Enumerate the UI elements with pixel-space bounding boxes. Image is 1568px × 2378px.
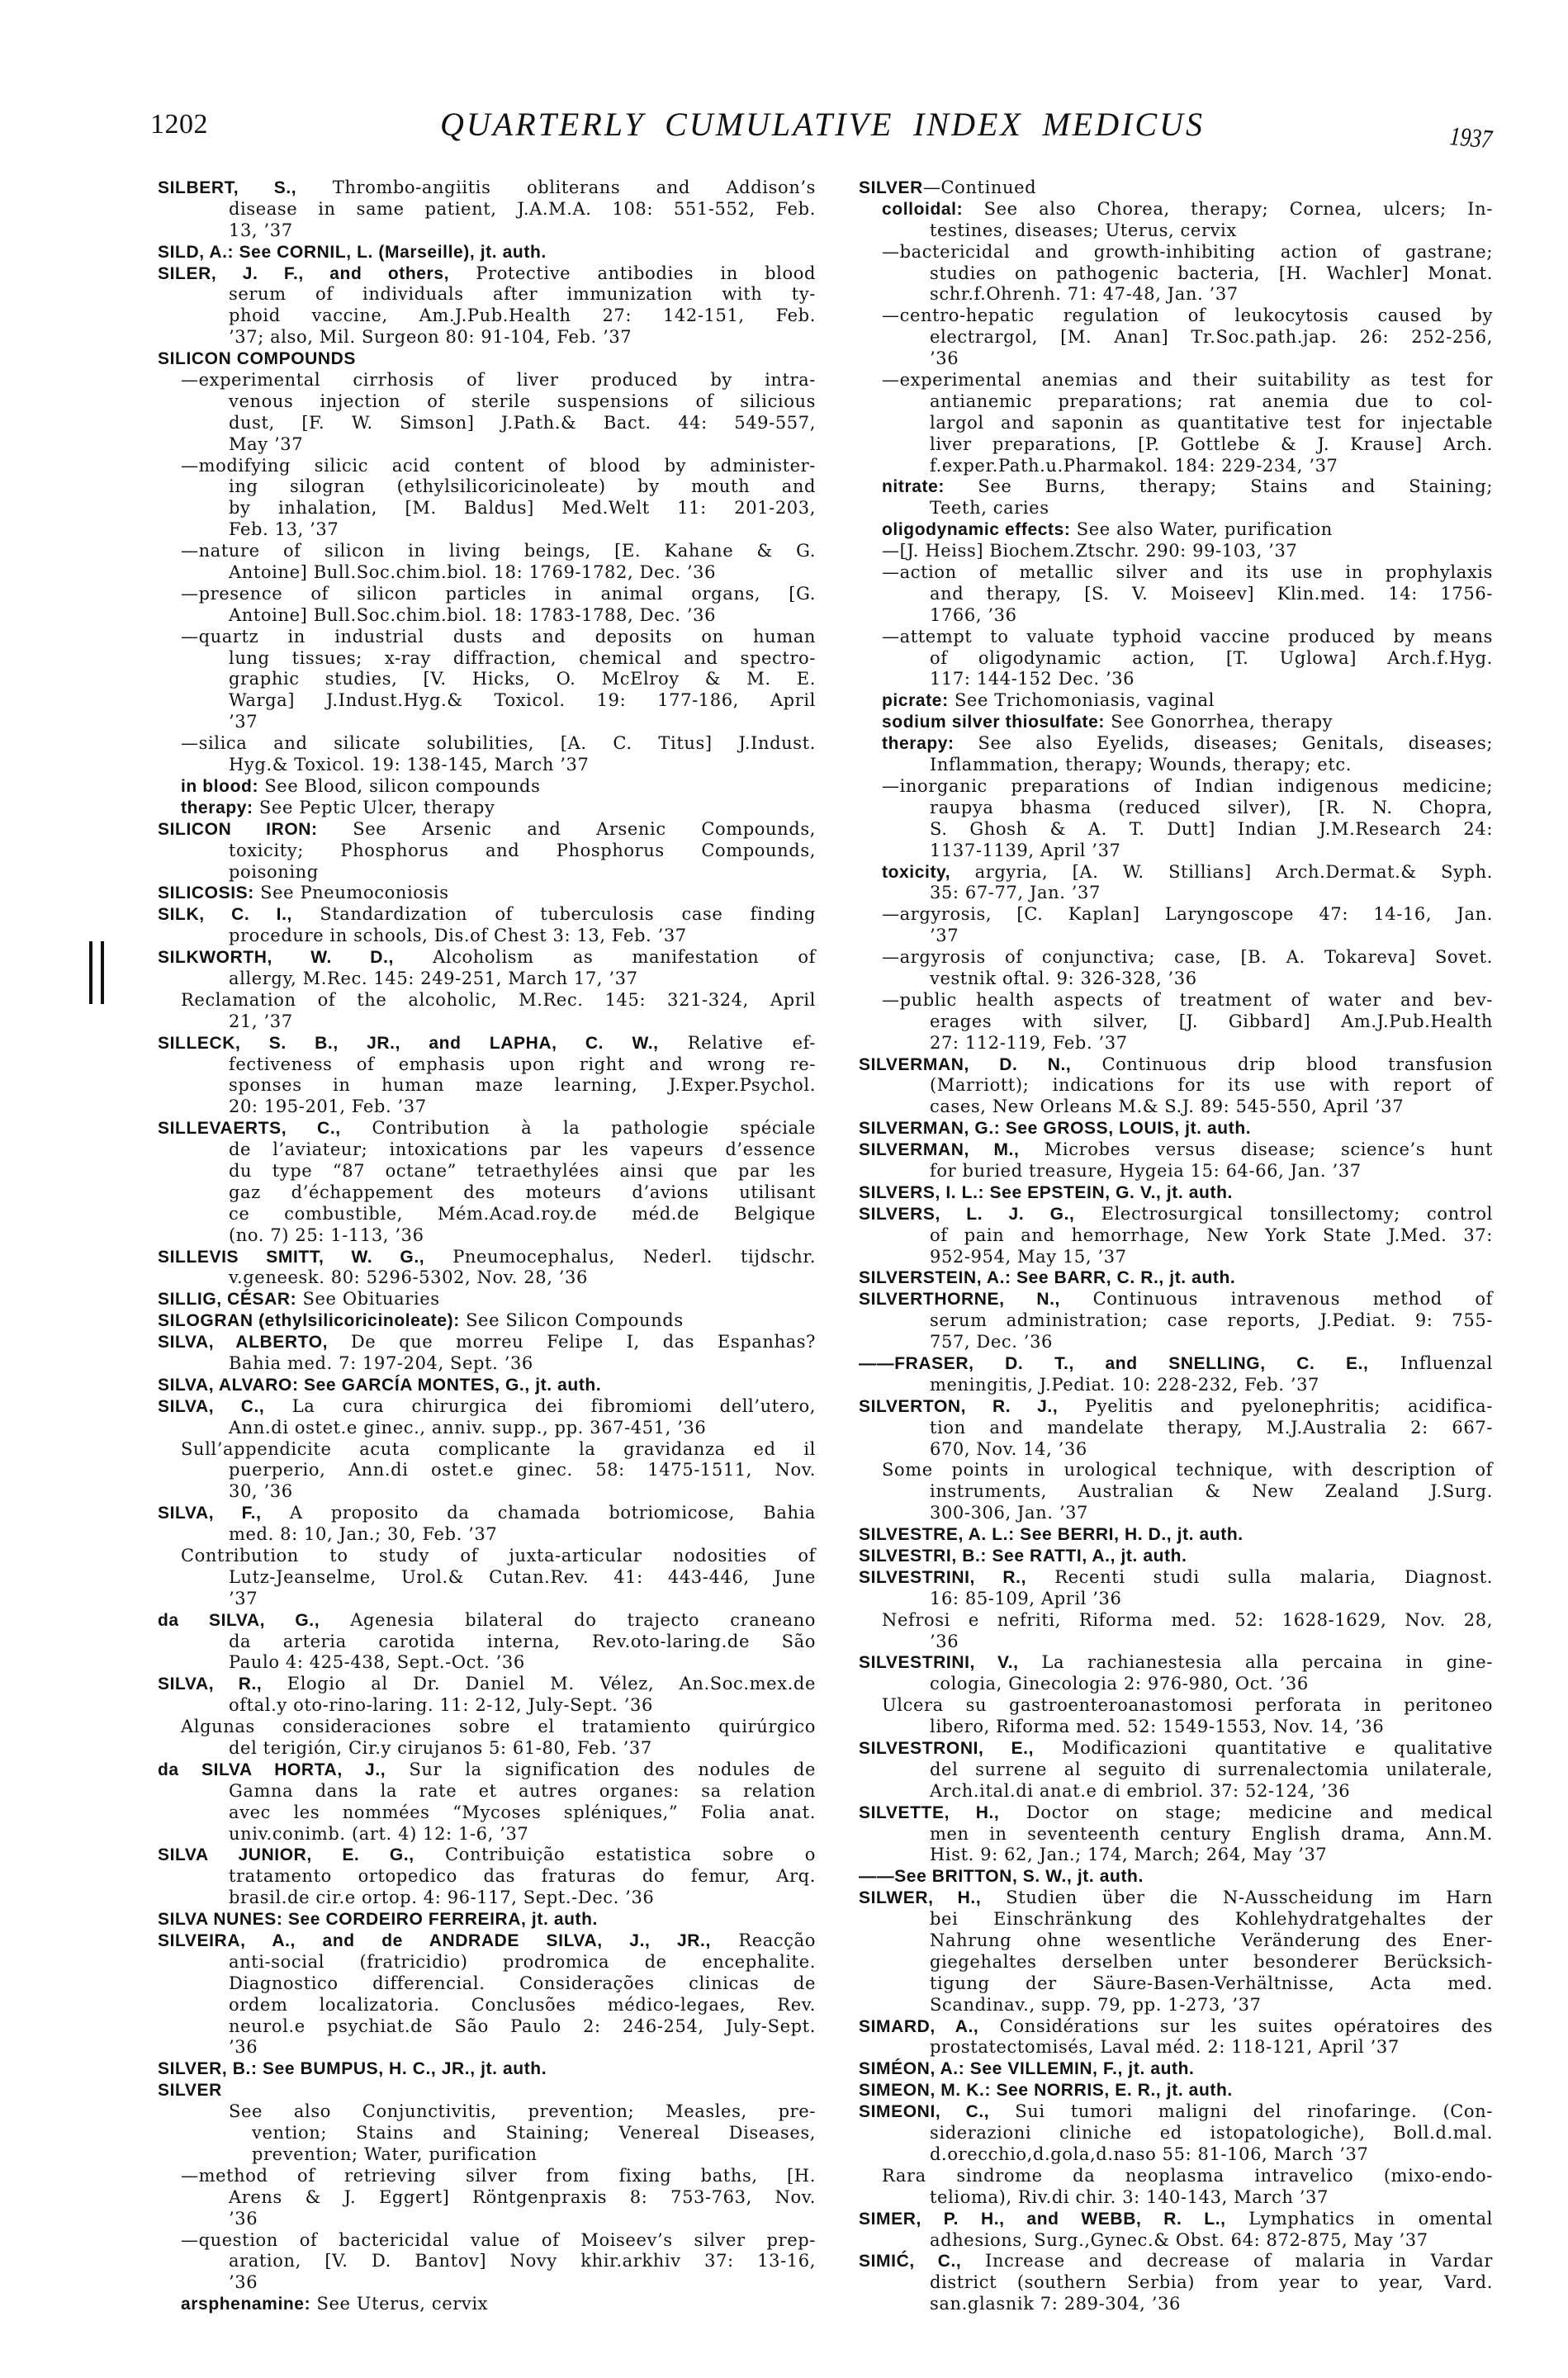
entry-line: disease in same patient, J.A.M.A. 108: 5… bbox=[158, 199, 816, 220]
entry-line: —public health aspects of treatment of w… bbox=[859, 990, 1493, 1011]
entry-line: del surrene al seguito di surrenalectomi… bbox=[859, 1760, 1493, 1781]
line-text: therapy: See Peptic Ulcer, therapy bbox=[181, 798, 495, 817]
line-text: SILVER bbox=[158, 2080, 222, 2100]
entry-heading-text: SILVERS, I. L.: See EPSTEIN, G. V., jt. … bbox=[859, 1183, 1233, 1202]
entry-line: Antoine] Bull.Soc.chim.biol. 18: 1783-17… bbox=[158, 605, 816, 627]
entry-text: brasil.de cir.e ortop. 4: 96-117, Sept.-… bbox=[229, 1888, 654, 1907]
line-text: SILVERTHORNE, N., Continuous intravenous… bbox=[859, 1289, 1493, 1309]
entry-text: Antoine] Bull.Soc.chim.biol. 18: 1769-17… bbox=[229, 562, 716, 582]
line-text: —method of retrieving silver from fixing… bbox=[181, 2166, 816, 2186]
entry-text: Diagnostico differencial. Considerações … bbox=[229, 1973, 816, 1993]
line-text: nitrate: See Burns, therapy; Stains and … bbox=[882, 476, 1493, 496]
entry-heading-text: SILKWORTH, W. D., bbox=[158, 948, 394, 967]
entry-line: 13, ’37 bbox=[158, 220, 816, 242]
entry-heading-text: SILICOSIS: bbox=[158, 883, 254, 902]
entry-heading-text: SILOGRAN (ethylsilicoricinoleate): bbox=[158, 1311, 460, 1330]
index-subentry: arsphenamine: See Uterus, cervix bbox=[158, 2294, 816, 2315]
index-entry: SILVER, B.: See BUMPUS, H. C., JR., jt. … bbox=[158, 2058, 816, 2080]
entry-text: See Arsenic and Arsenic Compounds, bbox=[318, 819, 816, 839]
entry-line: in blood: See Blood, silicon compounds bbox=[158, 776, 816, 798]
entry-text: See Pneumoconiosis bbox=[254, 883, 449, 902]
entry-heading-text: in blood: bbox=[181, 777, 258, 796]
line-text: SILVESTRINI, V., La rachianestesia alla … bbox=[859, 1652, 1493, 1672]
line-text: —public health aspects of treatment of w… bbox=[882, 990, 1493, 1010]
entry-line: of pain and hemorrhage, New York State J… bbox=[859, 1225, 1493, 1247]
entry-text: A proposito da chamada botriomicose, Bah… bbox=[262, 1503, 816, 1523]
entry-line: vestnik oftal. 9: 326-328, ’36 bbox=[859, 969, 1493, 990]
entry-line: —silica and silicate solubilities, [A. C… bbox=[158, 733, 816, 755]
entry-heading-text: SILVERSTEIN, A.: See BARR, C. R., jt. au… bbox=[859, 1268, 1235, 1287]
line-text: ’37 bbox=[930, 926, 959, 945]
line-text: Teeth, caries bbox=[930, 498, 1049, 518]
entry-line: ’37 bbox=[158, 712, 816, 733]
line-text: Rara sindrome da neoplasma intravelico (… bbox=[882, 2166, 1493, 2186]
line-text: 21, ’37 bbox=[229, 1011, 293, 1031]
line-text: 670, Nov. 14, ’36 bbox=[930, 1439, 1087, 1459]
index-subentry: toxicity, argyria, [A. W. Stillians] Arc… bbox=[859, 862, 1493, 905]
entry-text: 117: 144-152 Dec. ’36 bbox=[930, 669, 1135, 689]
entry-text: and therapy, [S. V. Moiseev] Klin.med. 1… bbox=[930, 584, 1493, 604]
entry-line: Rara sindrome da neoplasma intravelico (… bbox=[859, 2166, 1493, 2187]
entry-text: Considérations sur les suites opératoire… bbox=[978, 2016, 1493, 2036]
entry-heading-text: SILVA, R., bbox=[158, 1675, 262, 1693]
index-entry: SILVESTRE, A. L.: See BERRI, H. D., jt. … bbox=[859, 1524, 1493, 1546]
entry-line: SILVERMAN, G.: See GROSS, LOUIS, jt. aut… bbox=[859, 1118, 1493, 1139]
entry-text: poisoning bbox=[229, 862, 319, 882]
entry-text: 1137-1139, April ’37 bbox=[930, 841, 1121, 860]
entry-line: oligodynamic effects: See also Water, pu… bbox=[859, 519, 1493, 541]
entry-heading-text: arsphenamine: bbox=[181, 2295, 310, 2314]
line-text: SILVESTRONI, E., Modificazioni quantitat… bbox=[859, 1738, 1493, 1758]
entry-line: Arch.ital.di anat.e di embriol. 37: 52-1… bbox=[859, 1781, 1493, 1802]
line-text: allergy, M.Rec. 145: 249-251, March 17, … bbox=[229, 969, 638, 988]
entry-text: liver preparations, [P. Gottlebe & J. Kr… bbox=[930, 434, 1493, 454]
entry-line: of oligodynamic action, [T. Uglowa] Arch… bbox=[859, 648, 1493, 670]
entry-text: 670, Nov. 14, ’36 bbox=[930, 1439, 1087, 1459]
index-subentry: —method of retrieving silver from fixing… bbox=[158, 2166, 816, 2230]
entry-line: schr.f.Ohrenh. 71: 47-48, Jan. ’37 bbox=[859, 284, 1493, 306]
entry-heading-text: SILD, A.: See CORNIL, L. (Marseille), jt… bbox=[158, 243, 547, 262]
line-text: brasil.de cir.e ortop. 4: 96-117, Sept.-… bbox=[229, 1888, 654, 1907]
entry-text: —experimental cirrhosis of liver produce… bbox=[181, 370, 816, 390]
entry-text: See Burns, therapy; Stains and Staining; bbox=[945, 476, 1493, 496]
entry-text: —presence of silicon particles in animal… bbox=[181, 584, 816, 604]
entry-line: —inorganic preparations of Indian indige… bbox=[859, 776, 1493, 798]
entry-line: —modifying silicic acid content of blood… bbox=[158, 456, 816, 477]
line-text: ’37 bbox=[229, 712, 258, 732]
index-entry: SILWER, H., Studien über die N-Ausscheid… bbox=[859, 1888, 1493, 2016]
line-text: v.geneesk. 80: 5296-5302, Nov. 28, ’36 bbox=[229, 1267, 588, 1287]
index-entry: SILLIG, CÉSAR: See Obituaries bbox=[158, 1289, 816, 1310]
entry-heading-text: SILVER bbox=[859, 178, 923, 197]
entry-line: Scandinav., supp. 79, pp. 1-273, ’37 bbox=[859, 1995, 1493, 2016]
entry-heading-text: SIMER, P. H., and WEBB, R. L., bbox=[859, 2210, 1226, 2229]
entry-text: —nature of silicon in living beings, [E.… bbox=[181, 541, 816, 561]
line-text: neurol.e psychiat.de São Paulo 2: 246-25… bbox=[229, 2016, 816, 2036]
line-text: 20: 195-201, Feb. ’37 bbox=[229, 1097, 427, 1116]
entry-line: antianemic preparations; rat anemia due … bbox=[859, 391, 1493, 413]
index-subentry: —nature of silicon in living beings, [E.… bbox=[158, 541, 816, 584]
entry-heading-text: oligodynamic effects: bbox=[882, 520, 1070, 539]
line-text: therapy: See also Eyelids, diseases; Gen… bbox=[882, 733, 1493, 753]
line-text: vestnik oftal. 9: 326-328, ’36 bbox=[930, 969, 1197, 988]
entry-text: —argyrosis of conjunctiva; case, [B. A. … bbox=[882, 947, 1493, 967]
entry-heading-text: colloidal: bbox=[882, 200, 963, 219]
index-subentry: —attempt to valuate typhoid vaccine prod… bbox=[859, 627, 1493, 691]
line-text: SILVA, F., A proposito da chamada botrio… bbox=[158, 1503, 816, 1523]
index-page: 1202 QUARTERLY CUMULATIVE INDEX MEDICUS … bbox=[0, 0, 1568, 2378]
line-text: cases, New Orleans M.& S.J. 89: 545-550,… bbox=[930, 1097, 1404, 1116]
entry-heading-text: SILVERTHORNE, N., bbox=[859, 1290, 1060, 1309]
entry-line: SILVERSTEIN, A.: See BARR, C. R., jt. au… bbox=[859, 1267, 1493, 1289]
entry-line: fectiveness of emphasis upon right and w… bbox=[158, 1054, 816, 1076]
entry-line: bei Einschränkung des Kohlehydratgehalte… bbox=[859, 1909, 1493, 1930]
line-text: san.glasnik 7: 289-304, ’36 bbox=[930, 2294, 1181, 2314]
index-subentry: —question of bactericidal value of Moise… bbox=[158, 2230, 816, 2295]
entry-text: Recenti studi sulla malaria, Diagnost. bbox=[1026, 1567, 1493, 1587]
line-text: —presence of silicon particles in animal… bbox=[181, 584, 816, 604]
index-entry: ——See BRITTON, S. W., jt. auth. bbox=[859, 1866, 1493, 1888]
entry-text: Continuous drip blood transfusion bbox=[1071, 1054, 1493, 1074]
entry-line: ’36 bbox=[158, 2272, 816, 2294]
line-text: SILVESTRE, A. L.: See BERRI, H. D., jt. … bbox=[859, 1524, 1244, 1544]
entry-text: studies on pathogenic bacteria, [H. Wach… bbox=[930, 263, 1493, 283]
entry-text: del terigión, Cir.y cirujanos 5: 61-80, … bbox=[229, 1738, 652, 1758]
index-subentry: —[J. Heiss] Biochem.Ztschr. 290: 99-103,… bbox=[859, 541, 1493, 562]
entry-heading-text: SILK, C. I., bbox=[158, 905, 292, 924]
entry-text: Lutz-Jeanselme, Urol.& Cutan.Rev. 41: 44… bbox=[229, 1567, 816, 1587]
entry-text: of pain and hemorrhage, New York State J… bbox=[930, 1225, 1493, 1245]
index-subentry: nitrate: See Burns, therapy; Stains and … bbox=[859, 476, 1493, 519]
entry-text: siderazioni cliniche ed istopatologiche)… bbox=[930, 2123, 1493, 2143]
entry-text: Elogio al Dr. Daniel M. Vélez, An.Soc.me… bbox=[262, 1674, 816, 1693]
entry-text: ’36 bbox=[229, 2272, 258, 2292]
index-entry: SILVA, R., Elogio al Dr. Daniel M. Vélez… bbox=[158, 1674, 816, 1717]
entry-line: avec les nommées “Mycoses spléniques,” F… bbox=[158, 1802, 816, 1824]
line-text: giegehaltes derselben unter besonderer B… bbox=[930, 1952, 1493, 1972]
entry-line: SIMIĆ, C., Increase and decrease of mala… bbox=[859, 2251, 1493, 2272]
line-text: 16: 85-109, April ’36 bbox=[930, 1589, 1121, 1608]
entry-line: SILLEVAERTS, C., Contribution à la patho… bbox=[158, 1118, 816, 1139]
line-text: 1137-1139, April ’37 bbox=[930, 841, 1121, 860]
entry-text: Standardization of tuberculosis case fin… bbox=[292, 904, 816, 924]
line-text: lung tissues; x-ray diffraction, chemica… bbox=[229, 648, 816, 668]
line-text: ’36 bbox=[229, 2209, 258, 2229]
line-text: picrate: See Trichomoniasis, vaginal bbox=[882, 690, 1215, 710]
entry-text: san.glasnik 7: 289-304, ’36 bbox=[930, 2294, 1181, 2314]
index-entry: SILOGRAN (ethylsilicoricinoleate): See S… bbox=[158, 1310, 816, 1332]
entry-text: Feb. 13, ’37 bbox=[229, 519, 339, 539]
line-text: tigung der Säure-Basen-Verhältnisse, Act… bbox=[930, 1973, 1493, 1993]
entry-line: SILVERS, L. J. G., Electrosurgical tonsi… bbox=[859, 1204, 1493, 1225]
entry-text: procedure in schools, Dis.of Chest 3: 13… bbox=[229, 926, 687, 945]
entry-text: —silica and silicate solubilities, [A. C… bbox=[181, 733, 816, 753]
entry-text: La cura chirurgica dei fibromiomi dell’u… bbox=[264, 1396, 816, 1416]
entry-text: 300-306, Jan. ’37 bbox=[930, 1503, 1088, 1523]
entry-line: 117: 144-152 Dec. ’36 bbox=[859, 669, 1493, 690]
entry-line: SILOGRAN (ethylsilicoricinoleate): See S… bbox=[158, 1310, 816, 1332]
entry-text: vestnik oftal. 9: 326-328, ’36 bbox=[930, 969, 1197, 988]
entry-line: SILVER bbox=[158, 2080, 816, 2101]
entry-heading-text: SILVA, C., bbox=[158, 1397, 264, 1416]
entry-line: phoid vaccine, Am.J.Pub.Health 27: 142-1… bbox=[158, 306, 816, 327]
line-text: 952-954, May 15, ’37 bbox=[930, 1247, 1127, 1267]
entry-text: schr.f.Ohrenh. 71: 47-48, Jan. ’37 bbox=[930, 284, 1239, 304]
line-text: SILVA, R., Elogio al Dr. Daniel M. Vélez… bbox=[158, 1674, 816, 1693]
entry-line: SILVERTON, R. J., Pyelitis and pyeloneph… bbox=[859, 1396, 1493, 1418]
entry-text: ’37; also, Mil. Surgeon 80: 91-104, Feb.… bbox=[229, 327, 632, 347]
entry-line: electrargol, [M. Anan] Tr.Soc.path.jap. … bbox=[859, 327, 1493, 348]
entry-text: for buried treasure, Hygeia 15: 64-66, J… bbox=[930, 1161, 1362, 1181]
line-text: libero, Riforma med. 52: 1549-1553, Nov.… bbox=[930, 1717, 1384, 1736]
line-text: Hyg.& Toxicol. 19: 138-145, March ’37 bbox=[229, 755, 589, 775]
entry-text: erages with silver, [J. Gibbard] Am.J.Pu… bbox=[930, 1011, 1493, 1031]
entry-line: Hist. 9: 62, Jan.; 174, March; 264, May … bbox=[859, 1845, 1493, 1866]
entry-text: Microbes versus disease; science’s hunt bbox=[1019, 1139, 1493, 1159]
line-text: del surrene al seguito di surrenalectomi… bbox=[930, 1760, 1493, 1779]
line-text: Hist. 9: 62, Jan.; 174, March; 264, May … bbox=[930, 1845, 1327, 1864]
entry-text: adhesions, Surg.,Gynec.& Obst. 64: 872-8… bbox=[930, 2230, 1428, 2250]
entry-text: —public health aspects of treatment of w… bbox=[882, 990, 1493, 1010]
entry-text: Alcoholism as manifestation of bbox=[394, 947, 816, 967]
entry-line: SILICON IRON: See Arsenic and Arsenic Co… bbox=[158, 819, 816, 841]
entry-line: Contribution to study of juxta-articular… bbox=[158, 1546, 816, 1567]
entry-heading-text: SILVERMAN, M., bbox=[859, 1140, 1019, 1159]
line-text: prostatectomisés, Laval méd. 2: 118-121,… bbox=[930, 2037, 1400, 2057]
entry-text: allergy, M.Rec. 145: 249-251, March 17, … bbox=[229, 969, 638, 988]
entry-heading-text: SILVA NUNES: See CORDEIRO FERREIRA, jt. … bbox=[158, 1910, 598, 1929]
entry-line: Hyg.& Toxicol. 19: 138-145, March ’37 bbox=[158, 755, 816, 776]
entry-line: arsphenamine: See Uterus, cervix bbox=[158, 2294, 816, 2315]
line-text: SILICON COMPOUNDS bbox=[158, 348, 356, 368]
entry-heading-text: SILICON COMPOUNDS bbox=[158, 349, 356, 368]
index-subentry: —action of metallic silver and its use i… bbox=[859, 562, 1493, 627]
entry-line: d.orecchio,d.gola,d.naso 55: 81-106, Mar… bbox=[859, 2144, 1493, 2166]
entry-text: ’36 bbox=[930, 348, 959, 368]
entry-text: Some points in urological technique, wit… bbox=[882, 1460, 1493, 1480]
line-text: schr.f.Ohrenh. 71: 47-48, Jan. ’37 bbox=[930, 284, 1239, 304]
entry-line: Inflammation, therapy; Wounds, therapy; … bbox=[859, 755, 1493, 776]
line-text: 757, Dec. ’36 bbox=[930, 1332, 1053, 1352]
entry-line: da SILVA HORTA, J., Sur la signification… bbox=[158, 1760, 816, 1781]
entry-line: 757, Dec. ’36 bbox=[859, 1332, 1493, 1353]
entry-line: SILVERTHORNE, N., Continuous intravenous… bbox=[859, 1289, 1493, 1310]
index-entry: SILLEVAERTS, C., Contribution à la patho… bbox=[158, 1118, 816, 1246]
line-text: ’36 bbox=[229, 2037, 258, 2057]
entry-text: fectiveness of emphasis upon right and w… bbox=[229, 1054, 816, 1074]
entry-heading-text: toxicity, bbox=[882, 863, 950, 882]
entry-line: tion and mandelate therapy, M.J.Australi… bbox=[859, 1418, 1493, 1439]
index-subentry: —experimental cirrhosis of liver produce… bbox=[158, 370, 816, 456]
entry-line: toxicity, argyria, [A. W. Stillians] Arc… bbox=[859, 862, 1493, 883]
change-bar bbox=[101, 941, 104, 1004]
index-subentry: therapy: See Peptic Ulcer, therapy bbox=[158, 798, 816, 819]
entry-line: ce combustible, Mém.Acad.roy.de méd.de B… bbox=[158, 1204, 816, 1225]
line-text: colloidal: See also Chorea, therapy; Cor… bbox=[882, 199, 1493, 219]
entry-heading-text: SILBERT, S., bbox=[158, 178, 296, 197]
entry-text: 1766, ’36 bbox=[930, 605, 1017, 625]
line-text: —nature of silicon in living beings, [E.… bbox=[181, 541, 816, 561]
line-text: SIMARD, A., Considérations sur les suite… bbox=[859, 2016, 1493, 2036]
entry-line: (no. 7) 25: 1-113, ’36 bbox=[158, 1225, 816, 1247]
entry-text: cologia, Ginecologia 2: 976-980, Oct. ’3… bbox=[930, 1674, 1309, 1693]
entry-line: serum administration; case reports, J.Pe… bbox=[859, 1310, 1493, 1332]
see-also-note: See also Conjunctivitis, prevention; Mea… bbox=[158, 2101, 816, 2166]
entry-line: SILICON COMPOUNDS bbox=[158, 348, 816, 370]
entry-line: SILVETTE, H., Doctor on stage; medicine … bbox=[859, 1802, 1493, 1824]
entry-line: 21, ’37 bbox=[158, 1011, 816, 1033]
line-text: SILWER, H., Studien über die N-Ausscheid… bbox=[859, 1888, 1493, 1907]
line-text: Antoine] Bull.Soc.chim.biol. 18: 1769-17… bbox=[229, 562, 716, 582]
line-text: ordem localizatoria. Conclusões médico-l… bbox=[229, 1995, 816, 2015]
line-text: ’36 bbox=[930, 348, 959, 368]
entry-line: aration, [V. D. Bantov] Novy khir.arkhiv… bbox=[158, 2251, 816, 2272]
index-entry: SILK, C. I., Standardization of tubercul… bbox=[158, 904, 816, 947]
entry-line: ’37; also, Mil. Surgeon 80: 91-104, Feb.… bbox=[158, 327, 816, 348]
entry-text: —bactericidal and growth-inhibiting acti… bbox=[882, 242, 1493, 262]
entry-heading-text: SIMEONI, C., bbox=[859, 2102, 989, 2121]
line-text: Some points in urological technique, wit… bbox=[882, 1460, 1493, 1480]
entry-line: ’36 bbox=[158, 2209, 816, 2230]
entry-line: studies on pathogenic bacteria, [H. Wach… bbox=[859, 263, 1493, 285]
entry-heading-text: SILLEVAERTS, C., bbox=[158, 1119, 341, 1138]
index-entry: SILVA, ALVARO: See GARCÍA MONTES, G., jt… bbox=[158, 1375, 816, 1396]
entry-heading-text: SILVER, B.: See BUMPUS, H. C., JR., jt. … bbox=[158, 2059, 547, 2078]
line-text: SILVESTRI, B.: See RATTI, A., jt. auth. bbox=[859, 1546, 1187, 1566]
entry-line: Teeth, caries bbox=[859, 498, 1493, 519]
index-subentry: picrate: See Trichomoniasis, vaginal bbox=[859, 690, 1493, 712]
entry-text: gaz d’échappement des moteurs d’avions u… bbox=[229, 1182, 816, 1202]
line-text: Warga] J.Indust.Hyg.& Toxicol. 19: 177-1… bbox=[229, 690, 816, 710]
entry-line: del terigión, Cir.y cirujanos 5: 61-80, … bbox=[158, 1738, 816, 1760]
entry-text: Contribution to study of juxta-articular… bbox=[181, 1546, 816, 1566]
entry-text: See also Chorea, therapy; Cornea, ulcers… bbox=[963, 199, 1493, 219]
entry-line: SILER, J. F., and others, Protective ant… bbox=[158, 263, 816, 285]
entry-text: tion and mandelate therapy, M.J.Australi… bbox=[930, 1418, 1493, 1438]
line-text: serum of individuals after immunization … bbox=[229, 284, 816, 304]
line-text: of pain and hemorrhage, New York State J… bbox=[930, 1225, 1493, 1245]
entry-text: giegehaltes derselben unter besonderer B… bbox=[930, 1952, 1493, 1972]
entry-text: 30, ’36 bbox=[229, 1481, 293, 1501]
entry-line: SILVESTRINI, V., La rachianestesia alla … bbox=[859, 1652, 1493, 1674]
index-subentry: Ulcera su gastroenteroanastomosi perfora… bbox=[859, 1695, 1493, 1738]
entry-line: —argyrosis of conjunctiva; case, [B. A. … bbox=[859, 947, 1493, 969]
entry-line: 20: 195-201, Feb. ’37 bbox=[158, 1097, 816, 1118]
entry-line: med. 8: 10, Jan.; 30, Feb. ’37 bbox=[158, 1524, 816, 1546]
line-text: SILLIG, CÉSAR: See Obituaries bbox=[158, 1289, 440, 1309]
line-text: oligodynamic effects: See also Water, pu… bbox=[882, 519, 1333, 539]
entry-line: Reclamation of the alcoholic, M.Rec. 145… bbox=[158, 990, 816, 1011]
line-text: Feb. 13, ’37 bbox=[229, 519, 339, 539]
entry-line: —attempt to valuate typhoid vaccine prod… bbox=[859, 627, 1493, 648]
entry-heading-text: da SILVA, G., bbox=[158, 1611, 320, 1630]
line-text: de l’aviateur; intoxications par les vap… bbox=[229, 1139, 816, 1159]
line-text: 30, ’36 bbox=[229, 1481, 293, 1501]
entry-text: ’37 bbox=[930, 926, 959, 945]
entry-text: serum administration; case reports, J.Pe… bbox=[930, 1310, 1493, 1330]
entry-text: See also Eyelids, diseases; Genitals, di… bbox=[955, 733, 1493, 753]
index-entry: da SILVA, G., Agenesia bilateral do traj… bbox=[158, 1610, 816, 1675]
line-text: Contribution to study of juxta-articular… bbox=[181, 1546, 816, 1566]
line-text: prevention; Water, purification bbox=[252, 2144, 537, 2164]
entry-line: —question of bactericidal value of Moise… bbox=[158, 2230, 816, 2252]
index-subentry: —argyrosis of conjunctiva; case, [B. A. … bbox=[859, 947, 1493, 990]
line-text: meningitis, J.Pediat. 10: 228-232, Feb. … bbox=[930, 1375, 1319, 1395]
line-text: ’37 bbox=[229, 1589, 258, 1608]
entry-text: La rachianestesia alla percaina in gine- bbox=[1019, 1652, 1493, 1672]
line-text: procedure in schools, Dis.of Chest 3: 13… bbox=[229, 926, 687, 945]
line-text: SIMIĆ, C., Increase and decrease of mala… bbox=[859, 2251, 1493, 2271]
entry-text: See Blood, silicon compounds bbox=[258, 776, 540, 796]
entry-heading-text: SILVA, ALVARO: See GARCÍA MONTES, G., jt… bbox=[158, 1376, 601, 1395]
line-text: SIMER, P. H., and WEBB, R. L., Lymphatic… bbox=[859, 2209, 1493, 2229]
entry-line: neurol.e psychiat.de São Paulo 2: 246-25… bbox=[158, 2016, 816, 2038]
line-text: Nefrosi e nefriti, Riforma med. 52: 1628… bbox=[882, 1610, 1493, 1630]
entry-line: SILK, C. I., Standardization of tubercul… bbox=[158, 904, 816, 926]
entry-text: Influenzal bbox=[1368, 1353, 1493, 1373]
index-entry: SILICON IRON: See Arsenic and Arsenic Co… bbox=[158, 819, 816, 883]
entry-text: dust, [F. W. Simson] J.Path.& Bact. 44: … bbox=[229, 413, 816, 433]
entry-line: testines, diseases; Uterus, cervix bbox=[859, 220, 1493, 242]
entry-line: serum of individuals after immunization … bbox=[158, 284, 816, 306]
entry-line: tigung der Säure-Basen-Verhältnisse, Act… bbox=[859, 1973, 1493, 1995]
index-entry: SILVERS, I. L.: See EPSTEIN, G. V., jt. … bbox=[859, 1182, 1493, 1204]
entry-line: Nahrung ohne wesentliche Veränderung des… bbox=[859, 1930, 1493, 1952]
entry-line: nitrate: See Burns, therapy; Stains and … bbox=[859, 476, 1493, 498]
entry-text: Rara sindrome da neoplasma intravelico (… bbox=[882, 2166, 1493, 2186]
entry-text: ing silogran (ethylsilicoricinoleate) by… bbox=[229, 476, 816, 496]
entry-line: therapy: See Peptic Ulcer, therapy bbox=[158, 798, 816, 819]
entry-text: —argyrosis, [C. Kaplan] Laryngoscope 47:… bbox=[882, 904, 1493, 924]
entry-text: ce combustible, Mém.Acad.roy.de méd.de B… bbox=[229, 1204, 816, 1224]
entry-line: SILVESTRINI, R., Recenti studi sulla mal… bbox=[859, 1567, 1493, 1589]
entry-text: ’36 bbox=[229, 2037, 258, 2057]
margin-change-bars bbox=[89, 941, 106, 1004]
entry-text: Gamna dans la rate et autres organes: sa… bbox=[229, 1781, 816, 1801]
entry-heading-text: SIMEON, M. K.: See NORRIS, E. R., jt. au… bbox=[859, 2081, 1233, 2100]
entry-line: —quartz in industrial dusts and deposits… bbox=[158, 627, 816, 648]
line-text: SILVERS, L. J. G., Electrosurgical tonsi… bbox=[859, 1204, 1493, 1224]
entry-line: du type “87 octane” tetraethylées ainsi … bbox=[158, 1161, 816, 1182]
entry-line: da arteria carotida interna, Rev.oto-lar… bbox=[158, 1632, 816, 1653]
entry-text: See Trichomoniasis, vaginal bbox=[949, 690, 1215, 710]
line-text: SILICON IRON: See Arsenic and Arsenic Co… bbox=[158, 819, 816, 839]
index-subentry: in blood: See Blood, silicon compounds bbox=[158, 776, 816, 798]
entry-line: SILLECK, S. B., JR., and LAPHA, C. W., R… bbox=[158, 1033, 816, 1054]
line-text: SILBERT, S., Thrombo-angiitis obliterans… bbox=[158, 178, 816, 197]
entry-line: SILVA, ALBERTO, De que morreu Felipe I, … bbox=[158, 1332, 816, 1353]
line-text: dust, [F. W. Simson] J.Path.& Bact. 44: … bbox=[229, 413, 816, 433]
line-text: Antoine] Bull.Soc.chim.biol. 18: 1783-17… bbox=[229, 605, 716, 625]
entry-text: phoid vaccine, Am.J.Pub.Health 27: 142-1… bbox=[229, 306, 816, 325]
entry-line: men in seventeenth century English drama… bbox=[859, 1824, 1493, 1845]
line-text: Paulo 4: 425-438, Sept.-Oct. ’36 bbox=[229, 1652, 525, 1672]
line-text: —bactericidal and growth-inhibiting acti… bbox=[882, 242, 1493, 262]
entry-text: Nefrosi e nefriti, Riforma med. 52: 1628… bbox=[882, 1610, 1493, 1630]
entry-text: avec les nommées “Mycoses spléniques,” F… bbox=[229, 1802, 816, 1822]
entry-line: SILVER, B.: See BUMPUS, H. C., JR., jt. … bbox=[158, 2058, 816, 2080]
entry-text: —Continued bbox=[923, 178, 1036, 197]
index-entry: SIMEONI, C., Sui tumori maligni del rino… bbox=[859, 2101, 1493, 2166]
line-text: SILVERMAN, G.: See GROSS, LOUIS, jt. aut… bbox=[859, 1118, 1251, 1138]
line-text: —silica and silicate solubilities, [A. C… bbox=[181, 733, 816, 753]
entry-line: ——See BRITTON, S. W., jt. auth. bbox=[859, 1866, 1493, 1888]
entry-line: SIMEON, M. K.: See NORRIS, E. R., jt. au… bbox=[859, 2080, 1493, 2101]
entry-text: med. 8: 10, Jan.; 30, Feb. ’37 bbox=[229, 1524, 497, 1544]
entry-text: Relative ef- bbox=[659, 1033, 816, 1053]
entry-line: sponses in human maze learning, J.Exper.… bbox=[158, 1075, 816, 1097]
entry-text: electrargol, [M. Anan] Tr.Soc.path.jap. … bbox=[930, 327, 1493, 347]
